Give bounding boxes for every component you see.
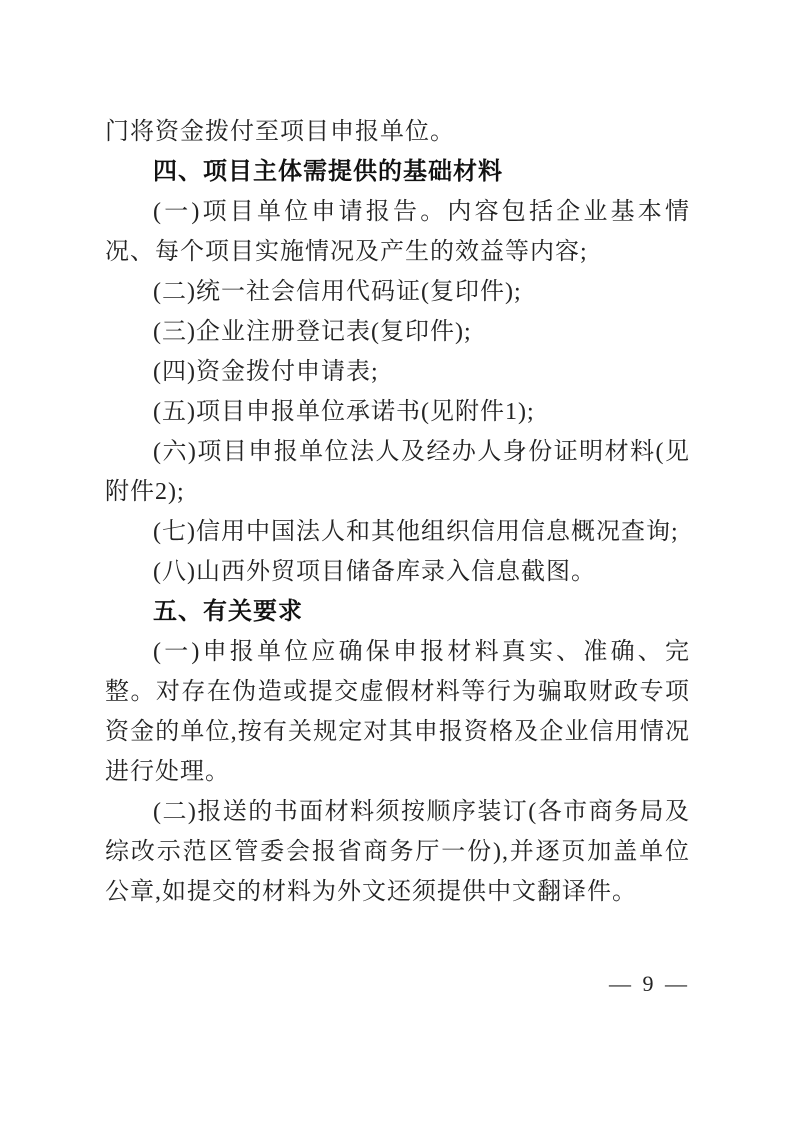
document-body: 门将资金拨付至项目申报单位。 四、项目主体需提供的基础材料 (一)项目单位申请报… — [105, 112, 690, 912]
paragraph-continuation: 门将资金拨付至项目申报单位。 — [105, 112, 690, 152]
list-item-7: (七)信用中国法人和其他组织信用信息概况查询; — [105, 512, 690, 552]
requirement-item-2: (二)报送的书面材料须按顺序装订(各市商务局及综改示范区管委会报省商务厅一份),… — [105, 792, 690, 912]
list-item-6: (六)项目申报单位法人及经办人身份证明材料(见附件2); — [105, 432, 690, 512]
page-number: — 9 — — [609, 970, 690, 998]
list-item-8: (八)山西外贸项目储备库录入信息截图。 — [105, 552, 690, 592]
list-item-4: (四)资金拨付申请表; — [105, 352, 690, 392]
list-item-1: (一)项目单位申请报告。内容包括企业基本情况、每个项目实施情况及产生的效益等内容… — [105, 192, 690, 272]
section-heading-basic-materials: 四、项目主体需提供的基础材料 — [105, 152, 690, 192]
requirement-item-1: (一)申报单位应确保申报材料真实、准确、完整。对存在伪造或提交虚假材料等行为骗取… — [105, 632, 690, 792]
document-page: 门将资金拨付至项目申报单位。 四、项目主体需提供的基础材料 (一)项目单位申请报… — [0, 0, 793, 1123]
section-heading-requirements: 五、有关要求 — [105, 592, 690, 632]
list-item-3: (三)企业注册登记表(复印件); — [105, 312, 690, 352]
list-item-5: (五)项目申报单位承诺书(见附件1); — [105, 392, 690, 432]
list-item-2: (二)统一社会信用代码证(复印件); — [105, 272, 690, 312]
